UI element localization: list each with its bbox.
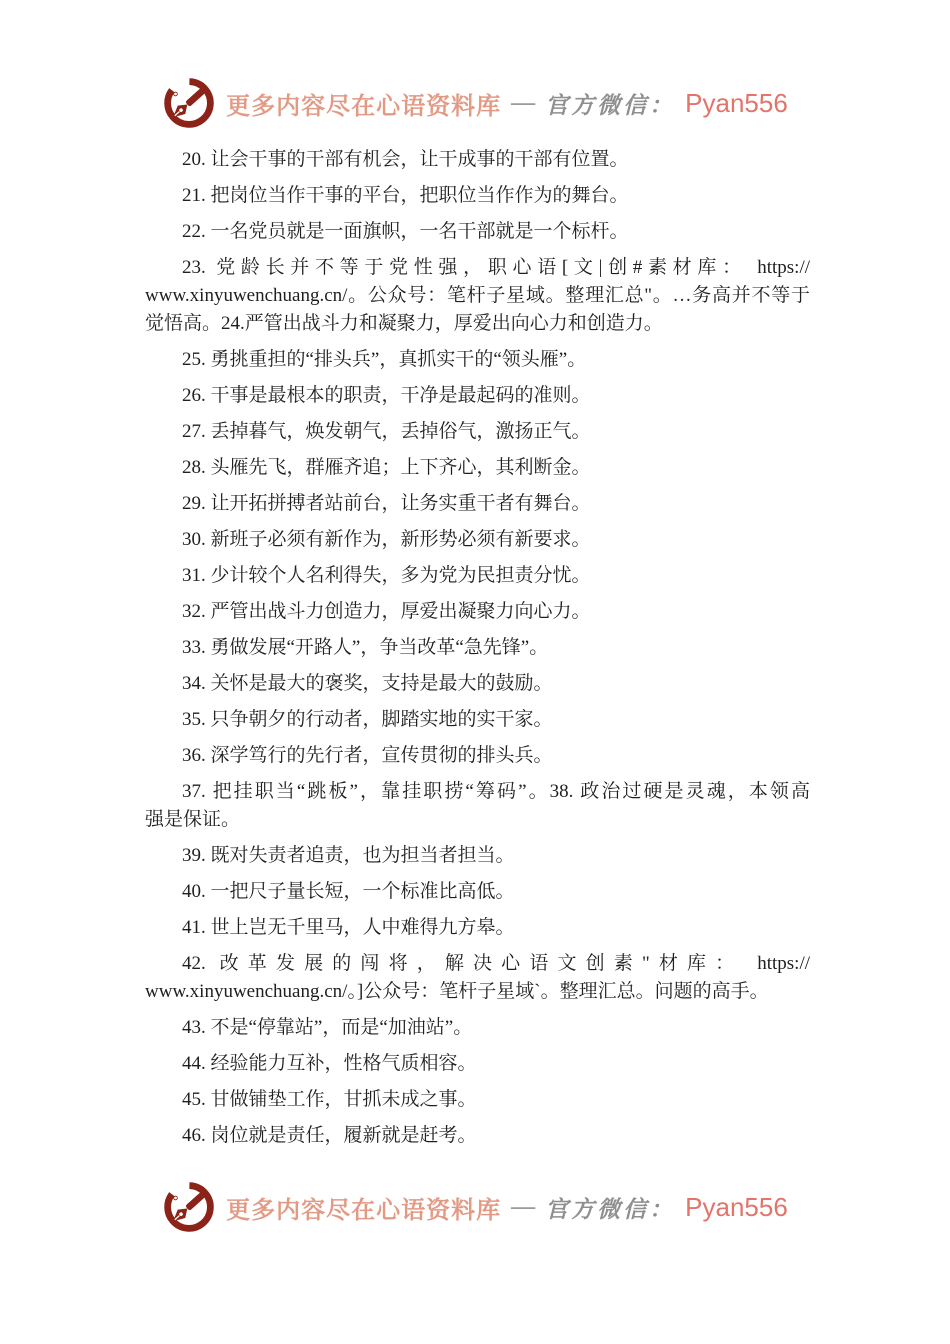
list-item-44: 44. 经验能力互补，性格气质相容。 xyxy=(145,1050,810,1078)
text-line: 27. 丢掉暮气，焕发朝气，丢掉俗气，激扬正气。 xyxy=(145,418,810,446)
text-line: 21. 把岗位当作干事的平台，把职位当作作为的舞台。 xyxy=(145,182,810,210)
list-item-41: 41. 世上岂无千里马，人中难得九方皋。 xyxy=(145,914,810,942)
list-item-39: 39. 既对失责者追责，也为担当者担当。 xyxy=(145,842,810,870)
text-line: 20. 让会干事的干部有机会，让干成事的干部有位置。 xyxy=(145,146,810,174)
document-body: 20. 让会干事的干部有机会，让干成事的干部有位置。21. 把岗位当作干事的平台… xyxy=(145,146,810,1150)
text-line: 35. 只争朝夕的行动者，脚踏实地的实干家。 xyxy=(145,706,810,734)
list-item-33: 33. 勇做发展“开路人”，争当改革“急先锋”。 xyxy=(145,634,810,662)
watermark-dash: — xyxy=(511,1194,535,1221)
text-line: 31. 少计较个人名利得失，多为党为民担责分忧。 xyxy=(145,562,810,590)
text-line: 觉悟高。24.严管出战斗力和凝聚力，厚爱出向心力和创造力。 xyxy=(145,310,810,338)
document-page: 更多内容尽在心语资料库—官方微信： Pyan556 20. 让会干事的干部有机会… xyxy=(0,0,950,1344)
text-line: 32. 严管出战斗力创造力，厚爱出凝聚力向心力。 xyxy=(145,598,810,626)
list-item-46: 46. 岗位就是责任，履新就是赶考。 xyxy=(145,1122,810,1150)
list-item-30: 30. 新班子必须有新作为，新形势必须有新要求。 xyxy=(145,526,810,554)
text-line: 46. 岗位就是责任，履新就是赶考。 xyxy=(145,1122,810,1150)
text-line: 34. 关怀是最大的褒奖，支持是最大的鼓励。 xyxy=(145,670,810,698)
list-item-45: 45. 甘做铺垫工作，甘抓未成之事。 xyxy=(145,1086,810,1114)
text-line: www.xinyuwenchuang.cn/。]公众号：笔杆子星域`。整理汇总。… xyxy=(145,978,810,1006)
list-item-22: 22. 一名党员就是一面旗帜，一名干部就是一个标杆。 xyxy=(145,218,810,246)
list-item-27: 27. 丢掉暮气，焕发朝气，丢掉俗气，激扬正气。 xyxy=(145,418,810,446)
watermark-brand-text: 更多内容尽在心语资料库 xyxy=(226,1190,501,1225)
list-item-21: 21. 把岗位当作干事的平台，把职位当作作为的舞台。 xyxy=(145,182,810,210)
pen-nib-ink-circle-icon xyxy=(162,1180,216,1234)
text-line: 41. 世上岂无千里马，人中难得九方皋。 xyxy=(145,914,810,942)
list-item-37: 37. 把挂职当“跳板”，靠挂职捞“筹码”。38. 政治过硬是灵魂，本领高强是保… xyxy=(145,778,810,834)
header-watermark: 更多内容尽在心语资料库—官方微信： Pyan556 xyxy=(0,0,950,130)
text-line: 44. 经验能力互补，性格气质相容。 xyxy=(145,1050,810,1078)
text-line: 36. 深学笃行的先行者，宣传贯彻的排头兵。 xyxy=(145,742,810,770)
text-line: 强是保证。 xyxy=(145,806,810,834)
list-item-35: 35. 只争朝夕的行动者，脚踏实地的实干家。 xyxy=(145,706,810,734)
text-line: 28. 头雁先飞，群雁齐追；上下齐心，其利断金。 xyxy=(145,454,810,482)
list-item-34: 34. 关怀是最大的褒奖，支持是最大的鼓励。 xyxy=(145,670,810,698)
list-item-40: 40. 一把尺子量长短，一个标准比高低。 xyxy=(145,878,810,906)
watermark-dash: — xyxy=(511,90,535,117)
wechat-id: Pyan556 xyxy=(685,1192,788,1223)
pen-nib-ink-circle-icon xyxy=(162,76,216,130)
list-item-31: 31. 少计较个人名利得失，多为党为民担责分忧。 xyxy=(145,562,810,590)
text-line: 42. 改革发展的闯将，解决心语文创素"材库： https:// xyxy=(145,950,810,978)
wechat-id: Pyan556 xyxy=(685,88,788,119)
text-line: 37. 把挂职当“跳板”，靠挂职捞“筹码”。38. 政治过硬是灵魂，本领高 xyxy=(145,778,810,806)
footer-watermark: 更多内容尽在心语资料库—官方微信： Pyan556 xyxy=(0,1180,950,1234)
list-item-36: 36. 深学笃行的先行者，宣传贯彻的排头兵。 xyxy=(145,742,810,770)
text-line: 45. 甘做铺垫工作，甘抓未成之事。 xyxy=(145,1086,810,1114)
list-item-20: 20. 让会干事的干部有机会，让干成事的干部有位置。 xyxy=(145,146,810,174)
text-line: 40. 一把尺子量长短，一个标准比高低。 xyxy=(145,878,810,906)
text-line: 43. 不是“停靠站”，而是“加油站”。 xyxy=(145,1014,810,1042)
text-line: 23. 党龄长并不等于党性强，职心语[文|创#素材库： https:// xyxy=(145,254,810,282)
list-item-28: 28. 头雁先飞，群雁齐追；上下齐心，其利断金。 xyxy=(145,454,810,482)
text-line: 30. 新班子必须有新作为，新形势必须有新要求。 xyxy=(145,526,810,554)
list-item-29: 29. 让开拓拼搏者站前台，让务实重干者有舞台。 xyxy=(145,490,810,518)
list-item-25: 25. 勇挑重担的“排头兵”，真抓实干的“领头雁”。 xyxy=(145,346,810,374)
text-line: 25. 勇挑重担的“排头兵”，真抓实干的“领头雁”。 xyxy=(145,346,810,374)
text-line: 26. 干事是最根本的职责，干净是最起码的准则。 xyxy=(145,382,810,410)
text-line: 29. 让开拓拼搏者站前台，让务实重干者有舞台。 xyxy=(145,490,810,518)
list-item-42: 42. 改革发展的闯将，解决心语文创素"材库： https://www.xiny… xyxy=(145,950,810,1006)
wechat-label: 官方微信： xyxy=(545,1191,675,1224)
text-line: www.xinyuwenchuang.cn/。公众号：笔杆子星域。整理汇总"。…… xyxy=(145,282,810,310)
text-line: 39. 既对失责者追责，也为担当者担当。 xyxy=(145,842,810,870)
list-item-23: 23. 党龄长并不等于党性强，职心语[文|创#素材库： https://www.… xyxy=(145,254,810,338)
text-line: 33. 勇做发展“开路人”，争当改革“急先锋”。 xyxy=(145,634,810,662)
list-item-43: 43. 不是“停靠站”，而是“加油站”。 xyxy=(145,1014,810,1042)
list-item-32: 32. 严管出战斗力创造力，厚爱出凝聚力向心力。 xyxy=(145,598,810,626)
watermark-brand-text: 更多内容尽在心语资料库 xyxy=(226,86,501,121)
wechat-label: 官方微信： xyxy=(545,87,675,120)
text-line: 22. 一名党员就是一面旗帜，一名干部就是一个标杆。 xyxy=(145,218,810,246)
list-item-26: 26. 干事是最根本的职责，干净是最起码的准则。 xyxy=(145,382,810,410)
